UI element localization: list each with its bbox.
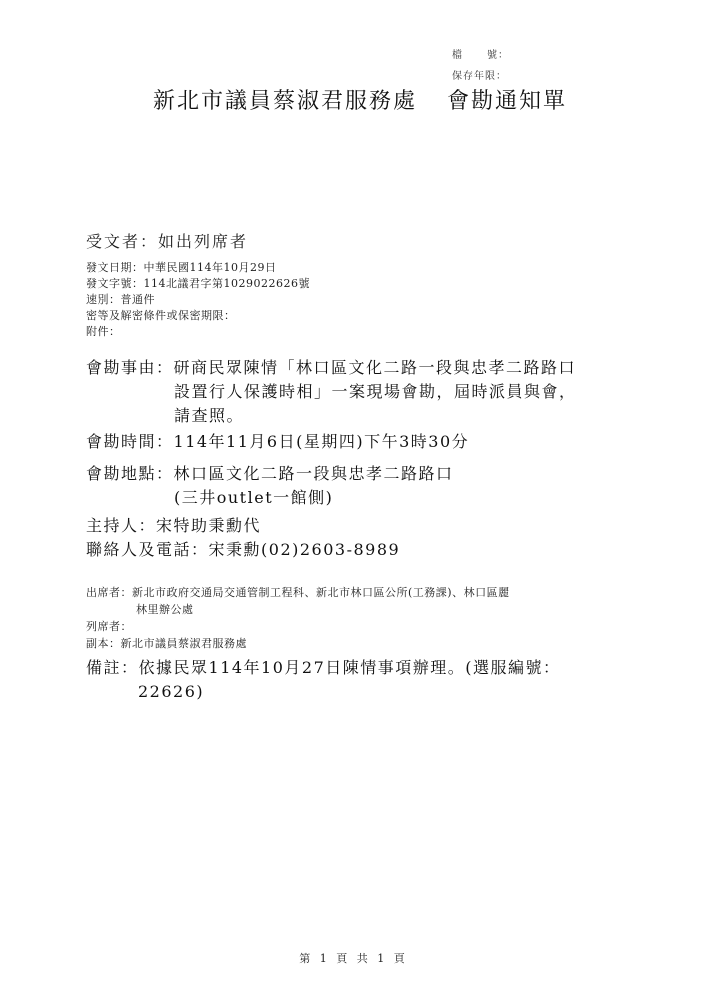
place-line-1: 林口區文化二路一段與忠孝二路路口: [174, 464, 454, 483]
host-label: 主持人：: [86, 516, 156, 535]
document-type: 會勘通知單: [447, 89, 567, 114]
page-number: 第 1 頁 共 1 頁: [0, 950, 707, 966]
copy-value: 新北市議員蔡淑君服務處: [121, 637, 248, 650]
archive-label-char: 檔: [452, 50, 463, 61]
reason-label: 會勘事由：: [86, 356, 174, 380]
archive-label-suffix: 號：: [487, 50, 509, 61]
remark: 備註：依據民眾114年10月27日陳情事項辦理。(選服編號： 22626): [86, 656, 561, 704]
contact-value: 宋秉勳(02)2603-8989: [209, 540, 401, 559]
remark-line-2: 22626): [86, 680, 561, 704]
present-label: 出席者：: [86, 586, 132, 599]
inspection-time: 會勘時間：114年11月6日(星期四)下午3時30分: [86, 430, 469, 454]
issue-date: 發文日期：中華民國114年10月29日: [86, 260, 277, 276]
present-attendees: 出席者：新北市政府交通局交通管制工程科、新北市林口區公所(工務課)、林口區麗 林…: [86, 584, 510, 618]
inspection-reason: 會勘事由：研商民眾陳情「林口區文化二路一段與忠孝二路路口 設置行人保護時相」一案…: [86, 356, 577, 428]
retention-period-label: 保存年限：: [452, 67, 507, 82]
archive-number-label: 檔號：: [452, 46, 509, 61]
inspection-place: 會勘地點：林口區文化二路一段與忠孝二路路口 (三井outlet一館側): [86, 462, 454, 510]
confidentiality: 密等及解密條件或保密期限：: [86, 308, 236, 324]
observers-label: 列席者：: [86, 620, 132, 633]
place-line-2: (三井outlet一館側): [86, 486, 454, 510]
recipient: 受文者：如出列席者: [86, 229, 248, 252]
host-value: 宋特助秉勳代: [156, 516, 261, 535]
recipient-label: 受文者：: [86, 232, 158, 251]
time-label: 會勘時間：: [86, 430, 174, 454]
contact-label: 聯絡人及電話：: [86, 540, 209, 559]
reason-line-1: 研商民眾陳情「林口區文化二路一段與忠孝二路路口: [174, 358, 577, 377]
time-value: 114年11月6日(星期四)下午3時30分: [174, 432, 470, 451]
copy-to: 副本：新北市議員蔡淑君服務處: [86, 635, 510, 652]
document-number: 發文字號：114北議君字第1029022626號: [86, 276, 310, 292]
remark-label: 備註：: [86, 658, 139, 677]
reason-line-3: 請查照。: [86, 404, 577, 428]
office-name: 新北市議員蔡淑君服務處: [153, 89, 417, 114]
attachments: 附件：: [86, 324, 121, 340]
present-line-2: 林里辦公處: [86, 601, 510, 618]
recipient-value: 如出列席者: [158, 232, 248, 251]
observers: 列席者：: [86, 618, 510, 635]
contact: 聯絡人及電話：宋秉勳(02)2603-8989: [86, 538, 400, 562]
copy-label: 副本：: [86, 637, 121, 650]
attendees-block: 出席者：新北市政府交通局交通管制工程科、新北市林口區公所(工務課)、林口區麗 林…: [86, 584, 510, 652]
host: 主持人：宋特助秉勳代: [86, 514, 261, 538]
present-line-1: 新北市政府交通局交通管制工程科、新北市林口區公所(工務課)、林口區麗: [132, 586, 510, 599]
remark-line-1: 依據民眾114年10月27日陳情事項辦理。(選服編號：: [139, 658, 561, 677]
document-title: 新北市議員蔡淑君服務處會勘通知單: [153, 84, 567, 115]
place-label: 會勘地點：: [86, 462, 174, 486]
delivery-speed: 速別：普通件: [86, 292, 155, 308]
reason-line-2: 設置行人保護時相」一案現場會勘，屆時派員與會，: [86, 380, 577, 404]
